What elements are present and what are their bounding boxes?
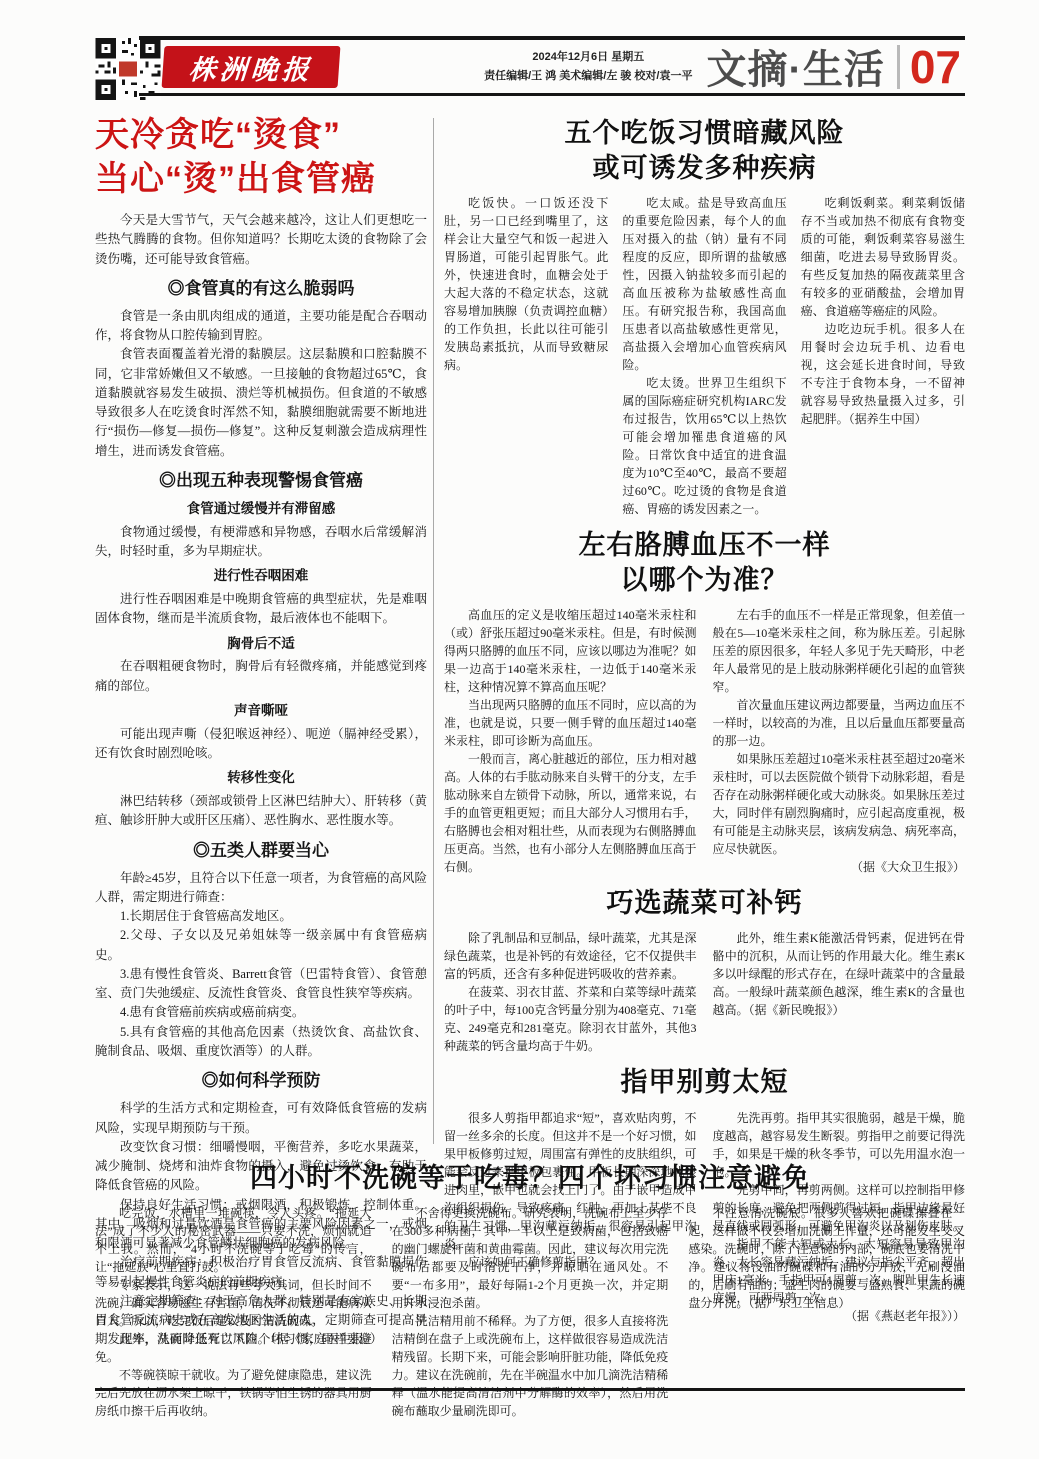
publish-date: 2024年12月6日 星期五 (484, 48, 692, 67)
header-meta: 2024年12月6日 星期五 责任编辑/王 鸿 美术编辑/左 骏 校对/袁一平 (484, 48, 692, 85)
paragraph: 食管是一条由肌肉组成的通道，主要功能是配合吞咽动作，将食物从口腔传输到胃腔。 (95, 307, 427, 346)
paragraph: 左右手的血压不一样是正常现象，但差值一般在5—10毫米汞柱之间，称为脉压差。引起… (713, 606, 966, 696)
article-calcium-body: 除了乳制品和豆制品，绿叶蔬菜，尤其是深绿色蔬菜，也是补钙的有效途径，它不仅提供丰… (444, 929, 965, 1055)
title-line: 左右胳膊血压不一样 (444, 528, 965, 563)
paragraph: 当出现两只胳膊的血压不同时，应以高的为准，也就是说，只要一侧手臂的血压超过140… (444, 696, 697, 750)
paragraph: 5.具有食管癌的其他高危因素（热烫饮食、高盐饮食、腌制食品、吸烟、重度饮酒等）的… (95, 1023, 427, 1062)
title-line: 指甲别剪太短 (444, 1065, 965, 1100)
minor-subhead: 胸骨后不适 (95, 634, 427, 655)
paragraph: 专家表示，这一说法有些夸大其词，但长时间不洗碗，确实容易滋生有害菌，清洗不彻底还… (95, 1276, 372, 1330)
paragraph: 在菠菜、羽衣甘蓝、芥菜和白菜等绿叶蔬菜的叶子中，每100克含钙量分别为408毫克… (444, 983, 697, 1055)
paragraph: 食物通过缓慢，有梗滞感和异物感，吞咽水后常缓解消失，时轻时重，多为早期症状。 (95, 523, 427, 562)
paragraph: 3.患有慢性食管炎、Barrett食管（巴雷特食管）、食管憩室、贲门失弛缓症、反… (95, 965, 427, 1004)
paragraph: 洗洁精用前不稀释。为了方便，很多人直接将洗洁精倒在盘子上或洗碗布上，这样做很容易… (392, 1312, 669, 1420)
section-subhead: ◎出现五种表现警惕食管癌 (95, 468, 427, 494)
header-divider (897, 45, 900, 89)
minor-subhead: 声音嘶哑 (95, 701, 427, 722)
header-bar: 株洲晚报 2024年12月6日 星期五 责任编辑/王 鸿 美术编辑/左 骏 校对… (139, 36, 965, 96)
article-blood-pressure-body: 高血压的定义是收缩压超过140毫米汞柱和（或）舒张压超过90毫米汞柱。但是，有时… (444, 606, 965, 876)
article-nails-title: 指甲别剪太短 (444, 1065, 965, 1100)
bottom-rule (95, 1388, 965, 1391)
paragraph: 除了乳制品和豆制品，绿叶蔬菜，尤其是深绿色蔬菜，也是补钙的有效途径，它不仅提供丰… (444, 929, 697, 983)
paragraph: 不舍得更换洗碗布。研究表明，洗碗布上至少存在300多种病菌，其中一半以上是致病菌… (392, 1204, 669, 1312)
paragraph: 此外，维生素K能激活骨钙素，促进钙在骨骼中的沉积，从而让钙的作用最大化。维生素K… (713, 929, 966, 1019)
paragraph: 淋巴结转移（颈部或锁骨上区淋巴结肿大）、肝转移（黄疸、触诊肝肿大或肝区压痛）、恶… (95, 792, 427, 831)
editors-line: 责任编辑/王 鸿 美术编辑/左 骏 校对/袁一平 (484, 67, 692, 86)
article-calcium-title: 巧选蔬菜可补钙 (444, 886, 965, 921)
paragraph: 吃太咸。盐是导致高血压的重要危险因素，每个人的血压对摄入的盐（钠）量有不同程度的… (622, 194, 786, 374)
title-line: 以哪个为准？ (444, 563, 965, 598)
paragraph: 4.患有食管癌前疾病或癌前病变。 (95, 1003, 427, 1022)
paragraph: 今天是大雪节气，天气会越来越冷，这让人们更想吃一些热气腾腾的食物。但你知道吗？长… (95, 211, 427, 269)
newspaper-page: 株洲晚报 2024年12月6日 星期五 责任编辑/王 鸿 美术编辑/左 骏 校对… (0, 0, 1039, 1459)
masthead-logo: 株洲晚报 (162, 46, 341, 88)
article-blood-pressure-title: 左右胳膊血压不一样 以哪个为准？ (444, 528, 965, 598)
paragraph: 科学的生活方式和定期检查，可有效降低食管癌的发病风险，实现早期预防与干预。 (95, 1099, 427, 1138)
lead-title-line-1: 天冷贪吃“烫食” (95, 114, 427, 158)
minor-subhead: 转移性变化 (95, 768, 427, 789)
paragraph: 2.父母、子女以及兄弟姐妹等一级亲属中有食管癌病史。 (95, 926, 427, 965)
article-eating-habits-title: 五个吃饭习惯暗藏风险 或可诱发多种疾病 (444, 116, 965, 186)
paragraph: 不注意清洗碗底。很多人喜欢把碗碟摞叠在一起，这样做不仅会增加洗涮工作量，还可能发… (688, 1204, 965, 1312)
article-calcium: 巧选蔬菜可补钙 除了乳制品和豆制品，绿叶蔬菜，尤其是深绿色蔬菜，也是补钙的有效途… (444, 886, 965, 1055)
article-eating-habits-body: 吃饭快。一口饭还没下肚，另一口已经到嘴里了，这样会让大量空气和饭一起进入胃肠道，… (444, 194, 965, 518)
paragraph: 如果脉压差超过10毫米汞柱甚至超过20毫米汞柱时，可以去医院做个锁骨下动脉彩超，… (713, 750, 966, 858)
paragraph: 吃剩饭剩菜。剩菜剩饭储存不当或加热不彻底有食物变质的可能，剩饭剩菜容易滋生细菌，… (801, 194, 965, 320)
masthead-text: 株洲晚报 (188, 47, 315, 86)
paragraph: 食管表面覆盖着光滑的黏膜层。这层黏膜和口腔黏膜不同，它非常娇嫩但又不敏感。一旦接… (95, 345, 427, 461)
article-blood-pressure: 左右胳膊血压不一样 以哪个为准？ 高血压的定义是收缩压超过140毫米汞柱和（或）… (444, 528, 965, 876)
title-line: 五个吃饭习惯暗藏风险 (444, 116, 965, 151)
right-column: 五个吃饭习惯暗藏风险 或可诱发多种疾病 吃饭快。一口饭还没下肚，另一口已经到嘴里… (444, 110, 965, 1335)
paragraph: 在吞咽粗硬食物时，胸骨后有轻微疼痛，并能感觉到疼痛的部位。 (95, 657, 427, 696)
header-right: 2024年12月6日 星期五 责任编辑/王 鸿 美术编辑/左 骏 校对/袁一平 … (484, 38, 961, 95)
section-subhead: ◎五类人群要当心 (95, 838, 427, 864)
paragraph: 一般而言，离心脏越近的部位，压力相对越高。人体的右手肱动脉来自头臂干的分支，左手… (444, 750, 697, 876)
paragraph: 可能出现声嘶（侵犯喉返神经）、呃逆（膈神经受累），还有饮食时剧烈呛咳。 (95, 725, 427, 764)
minor-subhead: 食管通过缓慢并有滞留感 (95, 499, 427, 520)
section-title: 文摘·生活 (707, 38, 885, 95)
paragraph: 年龄≥45岁，且符合以下任意一项者，为食管癌的高风险人群，需定期进行筛查： (95, 869, 427, 908)
bottom-article-title: 四小时不洗碗等于吃毒？四个坏习惯注意避免 (95, 1161, 965, 1196)
paragraph: 不等碗筷晾干就收。为了避免健康隐患，建议洗完后先放在沥水架上晾干，铁锅等怕生锈的… (95, 1366, 372, 1420)
paragraph: 吃完饭，水槽里一堆碗筷，令人头疼。“拖延大法”成了不少人的秘密武器——只要不洗，… (95, 1204, 372, 1276)
lead-title-line-2: 当心“烫”出食管癌 (95, 158, 427, 202)
section-subhead: ◎如何科学预防 (95, 1068, 427, 1094)
lead-article-title: 天冷贪吃“烫食” 当心“烫”出食管癌 (95, 114, 427, 201)
title-line: 或可诱发多种疾病 (444, 151, 965, 186)
column-divider (433, 118, 434, 1144)
paragraph: 边吃边玩手机。很多人在用餐时会边玩手机、边看电视，这会延长进食时间，导致不专注于… (801, 320, 965, 428)
minor-subhead: 进行性吞咽困难 (95, 566, 427, 587)
paragraph: 吃太烫。世界卫生组织下属的国际癌症研究机构IARC发布过报告，饮用65℃以上热饮… (622, 374, 786, 518)
paragraph: 此外，洗碗时还有以下四个坏习惯，同样要避免。 (95, 1330, 372, 1366)
article-eating-habits: 五个吃饭习惯暗藏风险 或可诱发多种疾病 吃饭快。一口饭还没下肚，另一口已经到嘴里… (444, 116, 965, 518)
paragraph: 高血压的定义是收缩压超过140毫米汞柱和（或）舒张压超过90毫米汞柱。但是，有时… (444, 606, 697, 696)
paragraph: 首次量血压建议两边都要量，当两边血压不一样时，以较高的为准，且以后量血压都要量高… (713, 696, 966, 750)
paragraph: 1.长期居住于食管癌高发地区。 (95, 907, 427, 926)
page-header: 株洲晚报 2024年12月6日 星期五 责任编辑/王 鸿 美术编辑/左 骏 校对… (95, 36, 965, 102)
page-number: 07 (910, 44, 961, 90)
paragraph: 吃饭快。一口饭还没下肚，另一口已经到嘴里了，这样会让大量空气和饭一起进入胃肠道，… (444, 194, 608, 374)
title-line: 巧选蔬菜可补钙 (444, 886, 965, 921)
source-attribution: （据《大众卫生报》） (713, 858, 966, 876)
section-subhead: ◎食管真的有这么脆弱吗 (95, 276, 427, 302)
bottom-article: 四小时不洗碗等于吃毒？四个坏习惯注意避免 吃完饭，水槽里一堆碗筷，令人头疼。“拖… (95, 1155, 965, 1420)
paragraph: 进行性吞咽困难是中晚期食管癌的典型症状，先是难咽固体食物，继而是半流质食物，最后… (95, 590, 427, 629)
